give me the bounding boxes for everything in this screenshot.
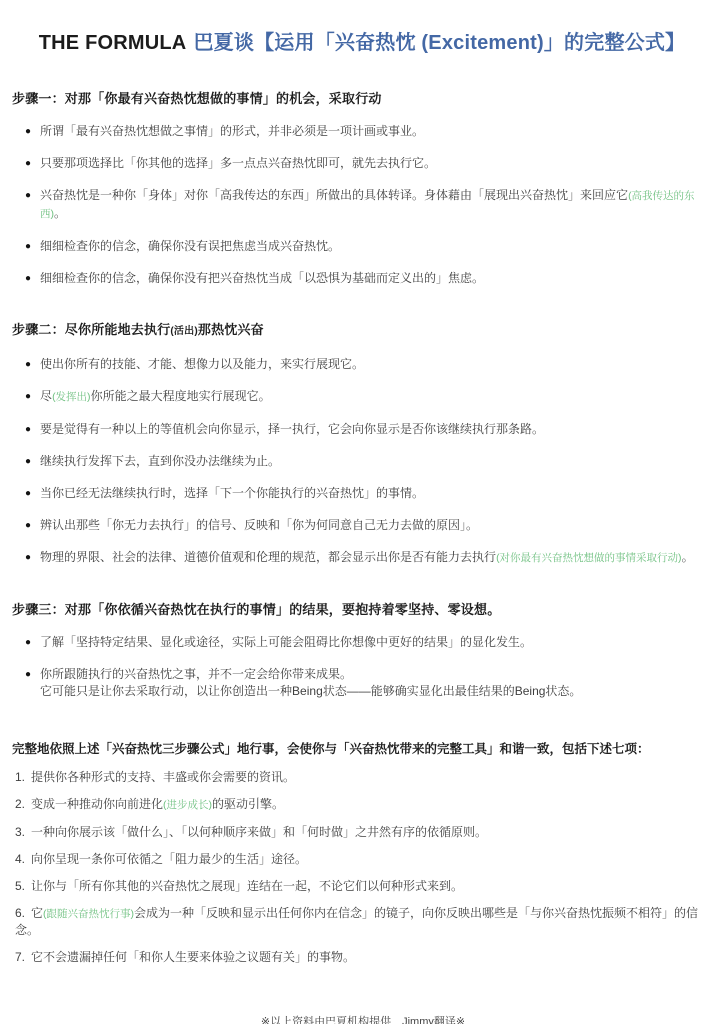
bullet-text: 要是觉得有一种以上的等值机会向你显示，择一执行，它会向你显示是否你该继续执行那条… [40, 421, 544, 438]
item-number: 1. [15, 770, 25, 784]
annotation-small: (活出) [170, 326, 197, 337]
document-page: THE FORMULA巴夏谈【运用「兴奋热忱 (Excitement)」的完整公… [0, 0, 724, 1024]
list-item: 5.让你与「所有你其他的兴奋热忱之展现」连结在一起，不论它们以何种形式来到。 [15, 878, 714, 894]
bullet-icon: ● [25, 388, 31, 405]
list-item: ●兴奋热忱是一种你「身体」对你「高我传达的东西」所做出的具体转译。身体藉由「展现… [25, 187, 714, 223]
list-item: ●了解「坚持特定结果、显化或途径，实际上可能会阻碍比你想像中更好的结果」的显化发… [25, 634, 714, 651]
list-item: ●要是觉得有一种以上的等值机会向你显示，择一执行，它会向你显示是否你该继续执行那… [25, 421, 714, 438]
item-text: 变成一种推动你向前进化(进步成长)的驱动引擎。 [31, 797, 284, 811]
bullet-text: 只要那项选择比「你其他的选择」多一点点兴奋热忱即可，就先去执行它。 [40, 155, 436, 172]
step3-bullet-list: ●了解「坚持特定结果、显化或途径，实际上可能会阻碍比你想像中更好的结果」的显化发… [12, 634, 714, 700]
summary-paragraph: 完整地依照上述「兴奋热忱三步骤公式」地行事，会使你与「兴奋热忱带来的完整工具」和… [12, 740, 714, 758]
item-number: 4. [15, 852, 25, 866]
step3-heading: 步骤三：对那「你依循兴奋热忱在执行的事情」的结果，要抱持着零坚持、零设想。 [12, 601, 714, 619]
item-text: 它不会遗漏掉任何「和你人生要来体验之议题有关」的事物。 [31, 950, 355, 964]
list-item: ●细细检查你的信念，确保你没有把兴奋热忱当成「以恐惧为基础而定义出的」焦虑。 [25, 270, 714, 287]
text-segment: 你所能之最大程度地实行展现它。 [91, 389, 271, 403]
document-body: 步骤一：对那「你最有兴奋热忱想做的事情」的机会，采取行动 ●所谓「最有兴奋热忱想… [0, 90, 724, 1024]
text-segment: 它可能只是让你去采取行动，以让你创造出一种Being状态——能够确实显化出最佳结… [40, 684, 581, 698]
footer-credit: ※以上资料由巴夏机构提供，Jimmy翻译※ [12, 1013, 714, 1024]
bullet-text: 继续执行发挥下去，直到你没办法继续为止。 [40, 453, 280, 470]
item-text: 它(跟随兴奋热忱行事)会成为一种「反映和显示出任何你内在信念」的镜子，向你反映出… [15, 906, 698, 937]
annotation-green: (对你最有兴奋热忱想做的事情采取行动) [496, 552, 682, 564]
item-text: 向你呈现一条你可依循之「阻力最少的生活」途径。 [31, 852, 307, 866]
list-item: 6.它(跟随兴奋热忱行事)会成为一种「反映和显示出任何你内在信念」的镜子，向你反… [15, 905, 714, 938]
bullet-text: 兴奋热忱是一种你「身体」对你「高我传达的东西」所做出的具体转译。身体藉由「展现出… [40, 187, 714, 223]
annotation-green: (进步成长) [163, 799, 212, 811]
seven-item-list: 1.提供你各种形式的支持、丰盛或你会需要的资讯。 2.变成一种推动你向前进化(进… [12, 769, 714, 965]
text-segment: 。 [54, 206, 66, 220]
bullet-text: 你所跟随执行的兴奋热忱之事，并不一定会给你带来成果。它可能只是让你去采取行动，以… [40, 666, 581, 700]
list-item: ●所谓「最有兴奋热忱想做之事情」的形式，并非必须是一项计画或事业。 [25, 123, 714, 140]
text-segment: 你所跟随执行的兴奋热忱之事，并不一定会给你带来成果。 [40, 667, 352, 681]
item-text: 提供你各种形式的支持、丰盛或你会需要的资讯。 [31, 770, 295, 784]
list-item: 1.提供你各种形式的支持、丰盛或你会需要的资讯。 [15, 769, 714, 785]
list-item: ●你所跟随执行的兴奋热忱之事，并不一定会给你带来成果。它可能只是让你去采取行动，… [25, 666, 714, 700]
title-english: THE FORMULA [39, 32, 187, 54]
bullet-text: 物理的界限、社会的法律、道德价值观和伦理的规范，都会显示出你是否有能力去执行(对… [40, 549, 694, 567]
step2-heading: 步骤二：尽你所能地去执行(活出)那热忱兴奋 [12, 321, 714, 341]
item-number: 7. [15, 950, 25, 964]
text-segment: 。 [682, 550, 694, 564]
bullet-icon: ● [25, 238, 31, 255]
text-segment: 步骤二：尽你所能地去执行 [12, 322, 170, 337]
bullet-icon: ● [25, 270, 31, 287]
item-number: 6. [15, 906, 25, 920]
bullet-icon: ● [25, 356, 31, 373]
text-segment: 那热忱兴奋 [198, 322, 264, 337]
list-item: ●物理的界限、社会的法律、道德价值观和伦理的规范，都会显示出你是否有能力去执行(… [25, 549, 714, 567]
list-item: ●使出你所有的技能、才能、想像力以及能力，来实行展现它。 [25, 356, 714, 373]
step1-heading: 步骤一：对那「你最有兴奋热忱想做的事情」的机会，采取行动 [12, 90, 714, 108]
bullet-text: 辨认出那些「你无力去执行」的信号、反映和「你为何同意自己无力去做的原因」。 [40, 517, 478, 534]
bullet-text: 了解「坚持特定结果、显化或途径，实际上可能会阻碍比你想像中更好的结果」的显化发生… [40, 634, 532, 651]
item-text: 让你与「所有你其他的兴奋热忱之展现」连结在一起，不论它们以何种形式来到。 [31, 879, 463, 893]
item-number: 2. [15, 797, 25, 811]
bullet-icon: ● [25, 634, 31, 651]
list-item: ●继续执行发挥下去，直到你没办法继续为止。 [25, 453, 714, 470]
text-segment: 兴奋热忱是一种你「身体」对你「高我传达的东西」所做出的具体转译。身体藉由「展现出… [40, 188, 628, 202]
step1-bullet-list: ●所谓「最有兴奋热忱想做之事情」的形式，并非必须是一项计画或事业。 ●只要那项选… [12, 123, 714, 287]
bullet-text: 使出你所有的技能、才能、想像力以及能力，来实行展现它。 [40, 356, 364, 373]
text-segment: 尽 [40, 389, 52, 403]
bullet-icon: ● [25, 549, 31, 566]
annotation-green: (发挥出) [52, 391, 91, 403]
bullet-icon: ● [25, 453, 31, 470]
bullet-icon: ● [25, 485, 31, 502]
bullet-icon: ● [25, 155, 31, 172]
list-item: ●只要那项选择比「你其他的选择」多一点点兴奋热忱即可，就先去执行它。 [25, 155, 714, 172]
text-segment: 它 [31, 906, 43, 920]
item-number: 3. [15, 825, 25, 839]
bullet-text: 所谓「最有兴奋热忱想做之事情」的形式，并非必须是一项计画或事业。 [40, 123, 424, 140]
item-text: 一种向你展示该「做什么」、「以何种顺序来做」和「何时做」之井然有序的依循原则。 [31, 825, 487, 839]
title-chinese: 巴夏谈【运用「兴奋热忱 (Excitement)」的完整公式】 [193, 32, 685, 54]
annotation-green: (跟随兴奋热忱行事) [43, 908, 134, 920]
list-item: ●细细检查你的信念，确保你没有误把焦虑当成兴奋热忱。 [25, 238, 714, 255]
bullet-icon: ● [25, 123, 31, 140]
text-segment: 物理的界限、社会的法律、道德价值观和伦理的规范，都会显示出你是否有能力去执行 [40, 550, 496, 564]
list-item: ●尽(发挥出)你所能之最大程度地实行展现它。 [25, 388, 714, 406]
list-item: ●当你已经无法继续执行时，选择「下一个你能执行的兴奋热忱」的事情。 [25, 485, 714, 502]
list-item: 7.它不会遗漏掉任何「和你人生要来体验之议题有关」的事物。 [15, 949, 714, 965]
bullet-text: 细细检查你的信念，确保你没有误把焦虑当成兴奋热忱。 [40, 238, 340, 255]
list-item: ●辨认出那些「你无力去执行」的信号、反映和「你为何同意自己无力去做的原因」。 [25, 517, 714, 534]
bullet-text: 当你已经无法继续执行时，选择「下一个你能执行的兴奋热忱」的事情。 [40, 485, 424, 502]
bullet-icon: ● [25, 517, 31, 534]
step2-bullet-list: ●使出你所有的技能、才能、想像力以及能力，来实行展现它。 ●尽(发挥出)你所能之… [12, 356, 714, 567]
bullet-icon: ● [25, 666, 31, 683]
bullet-text: 细细检查你的信念，确保你没有把兴奋热忱当成「以恐惧为基础而定义出的」焦虑。 [40, 270, 484, 287]
bullet-icon: ● [25, 187, 31, 204]
bullet-icon: ● [25, 421, 31, 438]
text-segment: 变成一种推动你向前进化 [31, 797, 163, 811]
list-item: 2.变成一种推动你向前进化(进步成长)的驱动引擎。 [15, 796, 714, 813]
page-title: THE FORMULA巴夏谈【运用「兴奋热忱 (Excitement)」的完整公… [0, 0, 724, 56]
bullet-text: 尽(发挥出)你所能之最大程度地实行展现它。 [40, 388, 271, 406]
text-segment: 的驱动引擎。 [212, 797, 284, 811]
list-item: 4.向你呈现一条你可依循之「阻力最少的生活」途径。 [15, 851, 714, 867]
item-number: 5. [15, 879, 25, 893]
list-item: 3.一种向你展示该「做什么」、「以何种顺序来做」和「何时做」之井然有序的依循原则… [15, 824, 714, 840]
